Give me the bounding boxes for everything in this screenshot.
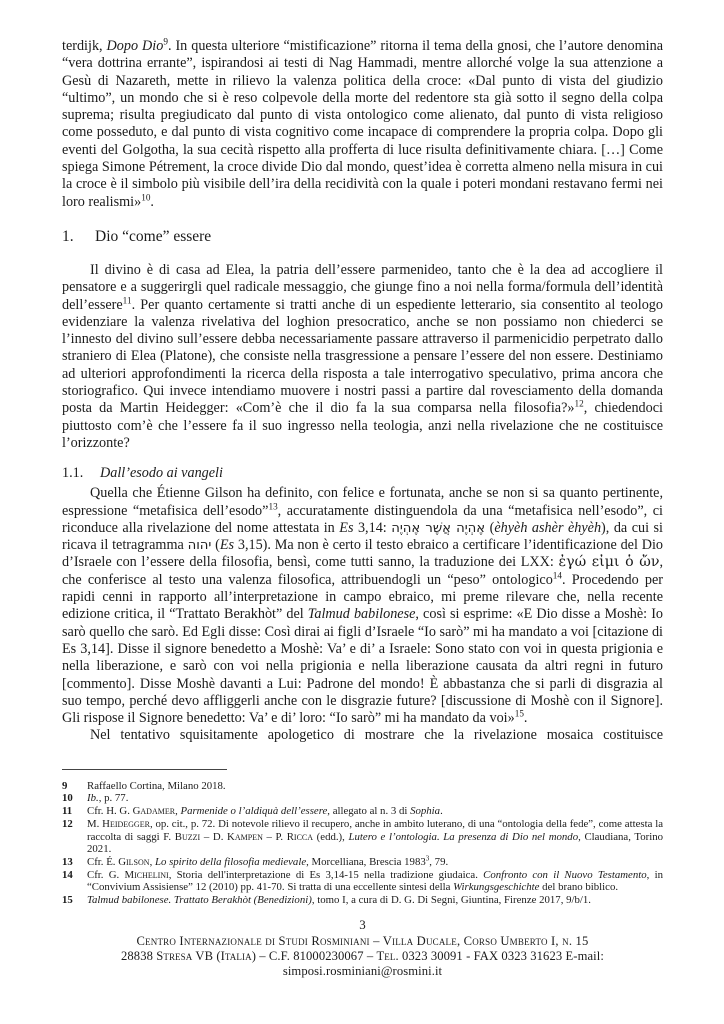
footnote-9: 9 Raffaello Cortina, Milano 2018. [62,780,663,793]
footnote-10: 10 Ib., p. 77. [62,792,663,805]
section-heading: 1.Dio “come” essere [62,227,663,246]
body-paragraph-section-1: Il divino è di casa ad Elea, la patria d… [62,262,663,452]
footnote-15: 15 Talmud babilonese. Trattato Berakhòt … [62,894,663,907]
body-paragraph-subsection-1-1: Quella che Étienne Gilson ha definito, c… [62,485,663,727]
page-number: 3 [62,917,663,932]
footnote-separator [62,769,227,770]
document-body: terdijk, Dopo Dio9. In questa ulteriore … [62,38,663,745]
subsection-number: 1.1. [62,464,100,482]
page-footer: 3 Centro Internazionale di Studi Rosmini… [62,917,663,979]
section-number: 1. [62,227,95,246]
footnote-number: 15 [62,894,73,907]
footnote-area: 9 Raffaello Cortina, Milano 2018. 10 Ib.… [62,769,663,907]
footnote-number: 10 [62,792,73,805]
footnote-13: 13 Cfr. É. Gilson, Lo spirito della filo… [62,856,663,869]
footnote-text: Raffaello Cortina, Milano 2018. [87,780,226,792]
footnote-number: 9 [62,780,67,793]
footnote-14: 14 Cfr. G. Michelini, Storia dell'interp… [62,869,663,894]
footnote-11: 11 Cfr. H. G. Gadamer, Parmenide o l’ald… [62,805,663,818]
footnote-text: Cfr. G. Michelini, Storia dell'interpret… [87,869,663,894]
section-title: Dio “come” essere [95,228,211,245]
footnote-number: 14 [62,869,73,882]
footnote-text: Talmud babilonese. Trattato Berakhòt (Be… [87,894,591,906]
footnote-number: 11 [62,805,72,818]
footer-institution-line: Centro Internazionale di Studi Rosminian… [62,934,663,949]
footnote-number: 12 [62,818,73,831]
document-page: terdijk, Dopo Dio9. In questa ulteriore … [0,0,724,1024]
footnote-text: Ib., p. 77. [87,792,128,804]
body-paragraph-continuation: terdijk, Dopo Dio9. In questa ulteriore … [62,38,663,211]
footnote-number: 13 [62,856,73,869]
footnote-text: M. Heidegger, op. cit., p. 72. Di notevo… [87,818,663,855]
subsection-heading: 1.1.Dall’esodo ai vangeli [62,464,663,482]
subsection-title: Dall’esodo ai vangeli [100,465,223,481]
footnote-text: Cfr. H. G. Gadamer, Parmenide o l’aldiqu… [87,805,443,817]
footnote-text: Cfr. É. Gilson, Lo spirito della filosof… [87,856,448,868]
body-paragraph-closing: Nel tentativo squisitamente apologetico … [62,727,663,744]
footnote-12: 12 M. Heidegger, op. cit., p. 72. Di not… [62,818,663,856]
footer-contact-line: 28838 Stresa VB (Italia) – C.F. 81000230… [62,949,663,979]
